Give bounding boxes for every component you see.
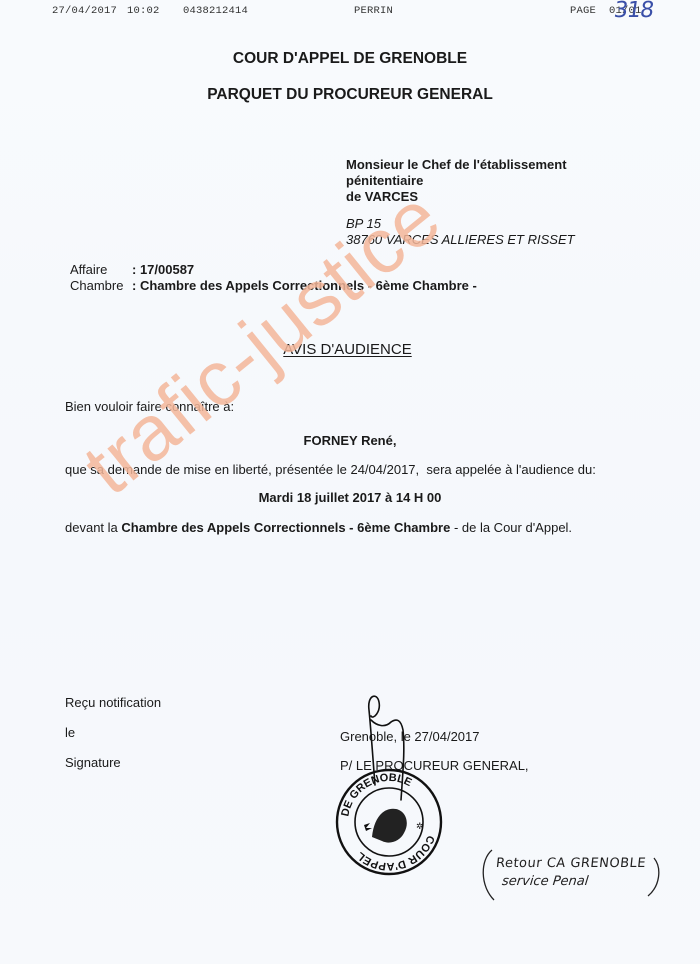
note-line1: Retour CA GRENOBLE: [495, 856, 647, 871]
case-info: Affaire : 17/00587 Chambre : Chambre des…: [70, 262, 477, 294]
affaire-value: : 17/00587: [132, 262, 194, 278]
recipient-address: BP 15 38760 VARCES ALLIERES ET RISSET: [346, 216, 575, 248]
recipient-po-box: BP 15: [346, 216, 575, 232]
notice-request: que sa demande de mise en liberté, prése…: [65, 462, 596, 477]
notice-person: FORNEY René,: [0, 433, 700, 448]
before-suffix: - de la Cour d'Appel.: [450, 520, 572, 535]
handwritten-page-number: 318: [612, 0, 655, 23]
fax-date: 27/04/2017: [52, 5, 117, 17]
fax-sender: PERRIN: [354, 5, 393, 17]
notice-before: devant la Chambre des Appels Correctionn…: [65, 520, 572, 535]
before-chamber: Chambre des Appels Correctionnels - 6ème…: [121, 520, 450, 535]
recipient-line3: de VARCES: [346, 189, 606, 205]
receipt-date-label: le: [65, 725, 75, 740]
handwritten-note: Retour CA GRENOBLE service Penal: [478, 846, 668, 902]
recipient-line1: Monsieur le Chef de l'établissement: [346, 157, 606, 173]
receipt-label: Reçu notification: [65, 695, 161, 710]
court-heading: COUR D'APPEL DE GRENOBLE: [0, 50, 700, 68]
receipt-signature-label: Signature: [65, 755, 121, 770]
recipient-line2: pénitentiaire: [346, 173, 606, 189]
before-prefix: devant la: [65, 520, 121, 535]
svg-text:✲: ✲: [416, 821, 424, 831]
svg-text:DE GRENOBLE: DE GRENOBLE: [339, 772, 413, 818]
hearing-date: Mardi 18 juillet 2017 à 14 H 00: [0, 490, 700, 505]
seal-text-top: DE GRENOBLE: [339, 772, 413, 818]
note-line2: service Penal: [501, 874, 589, 889]
notice-title: AVIS D'AUDIENCE: [0, 341, 700, 358]
chambre-value: : Chambre des Appels Correctionnels - 6è…: [132, 278, 477, 294]
recipient-block: Monsieur le Chef de l'établissement péni…: [346, 157, 606, 205]
affaire-label: Affaire: [70, 262, 132, 278]
office-heading: PARQUET DU PROCUREUR GENERAL: [0, 86, 700, 104]
notice-title-text: AVIS D'AUDIENCE: [283, 341, 416, 358]
notice-intro: Bien vouloir faire connaître à:: [65, 399, 234, 414]
fax-phone: 0438212414: [183, 5, 248, 17]
court-seal: DE GRENOBLE COUR D'APPEL ✲: [334, 767, 444, 877]
fax-time: 10:02: [127, 5, 160, 17]
document-page: 27/04/2017 10:02 0438212414 PERRIN PAGE …: [0, 0, 700, 964]
chambre-label: Chambre: [70, 278, 132, 294]
recipient-city: 38760 VARCES ALLIERES ET RISSET: [346, 232, 575, 248]
